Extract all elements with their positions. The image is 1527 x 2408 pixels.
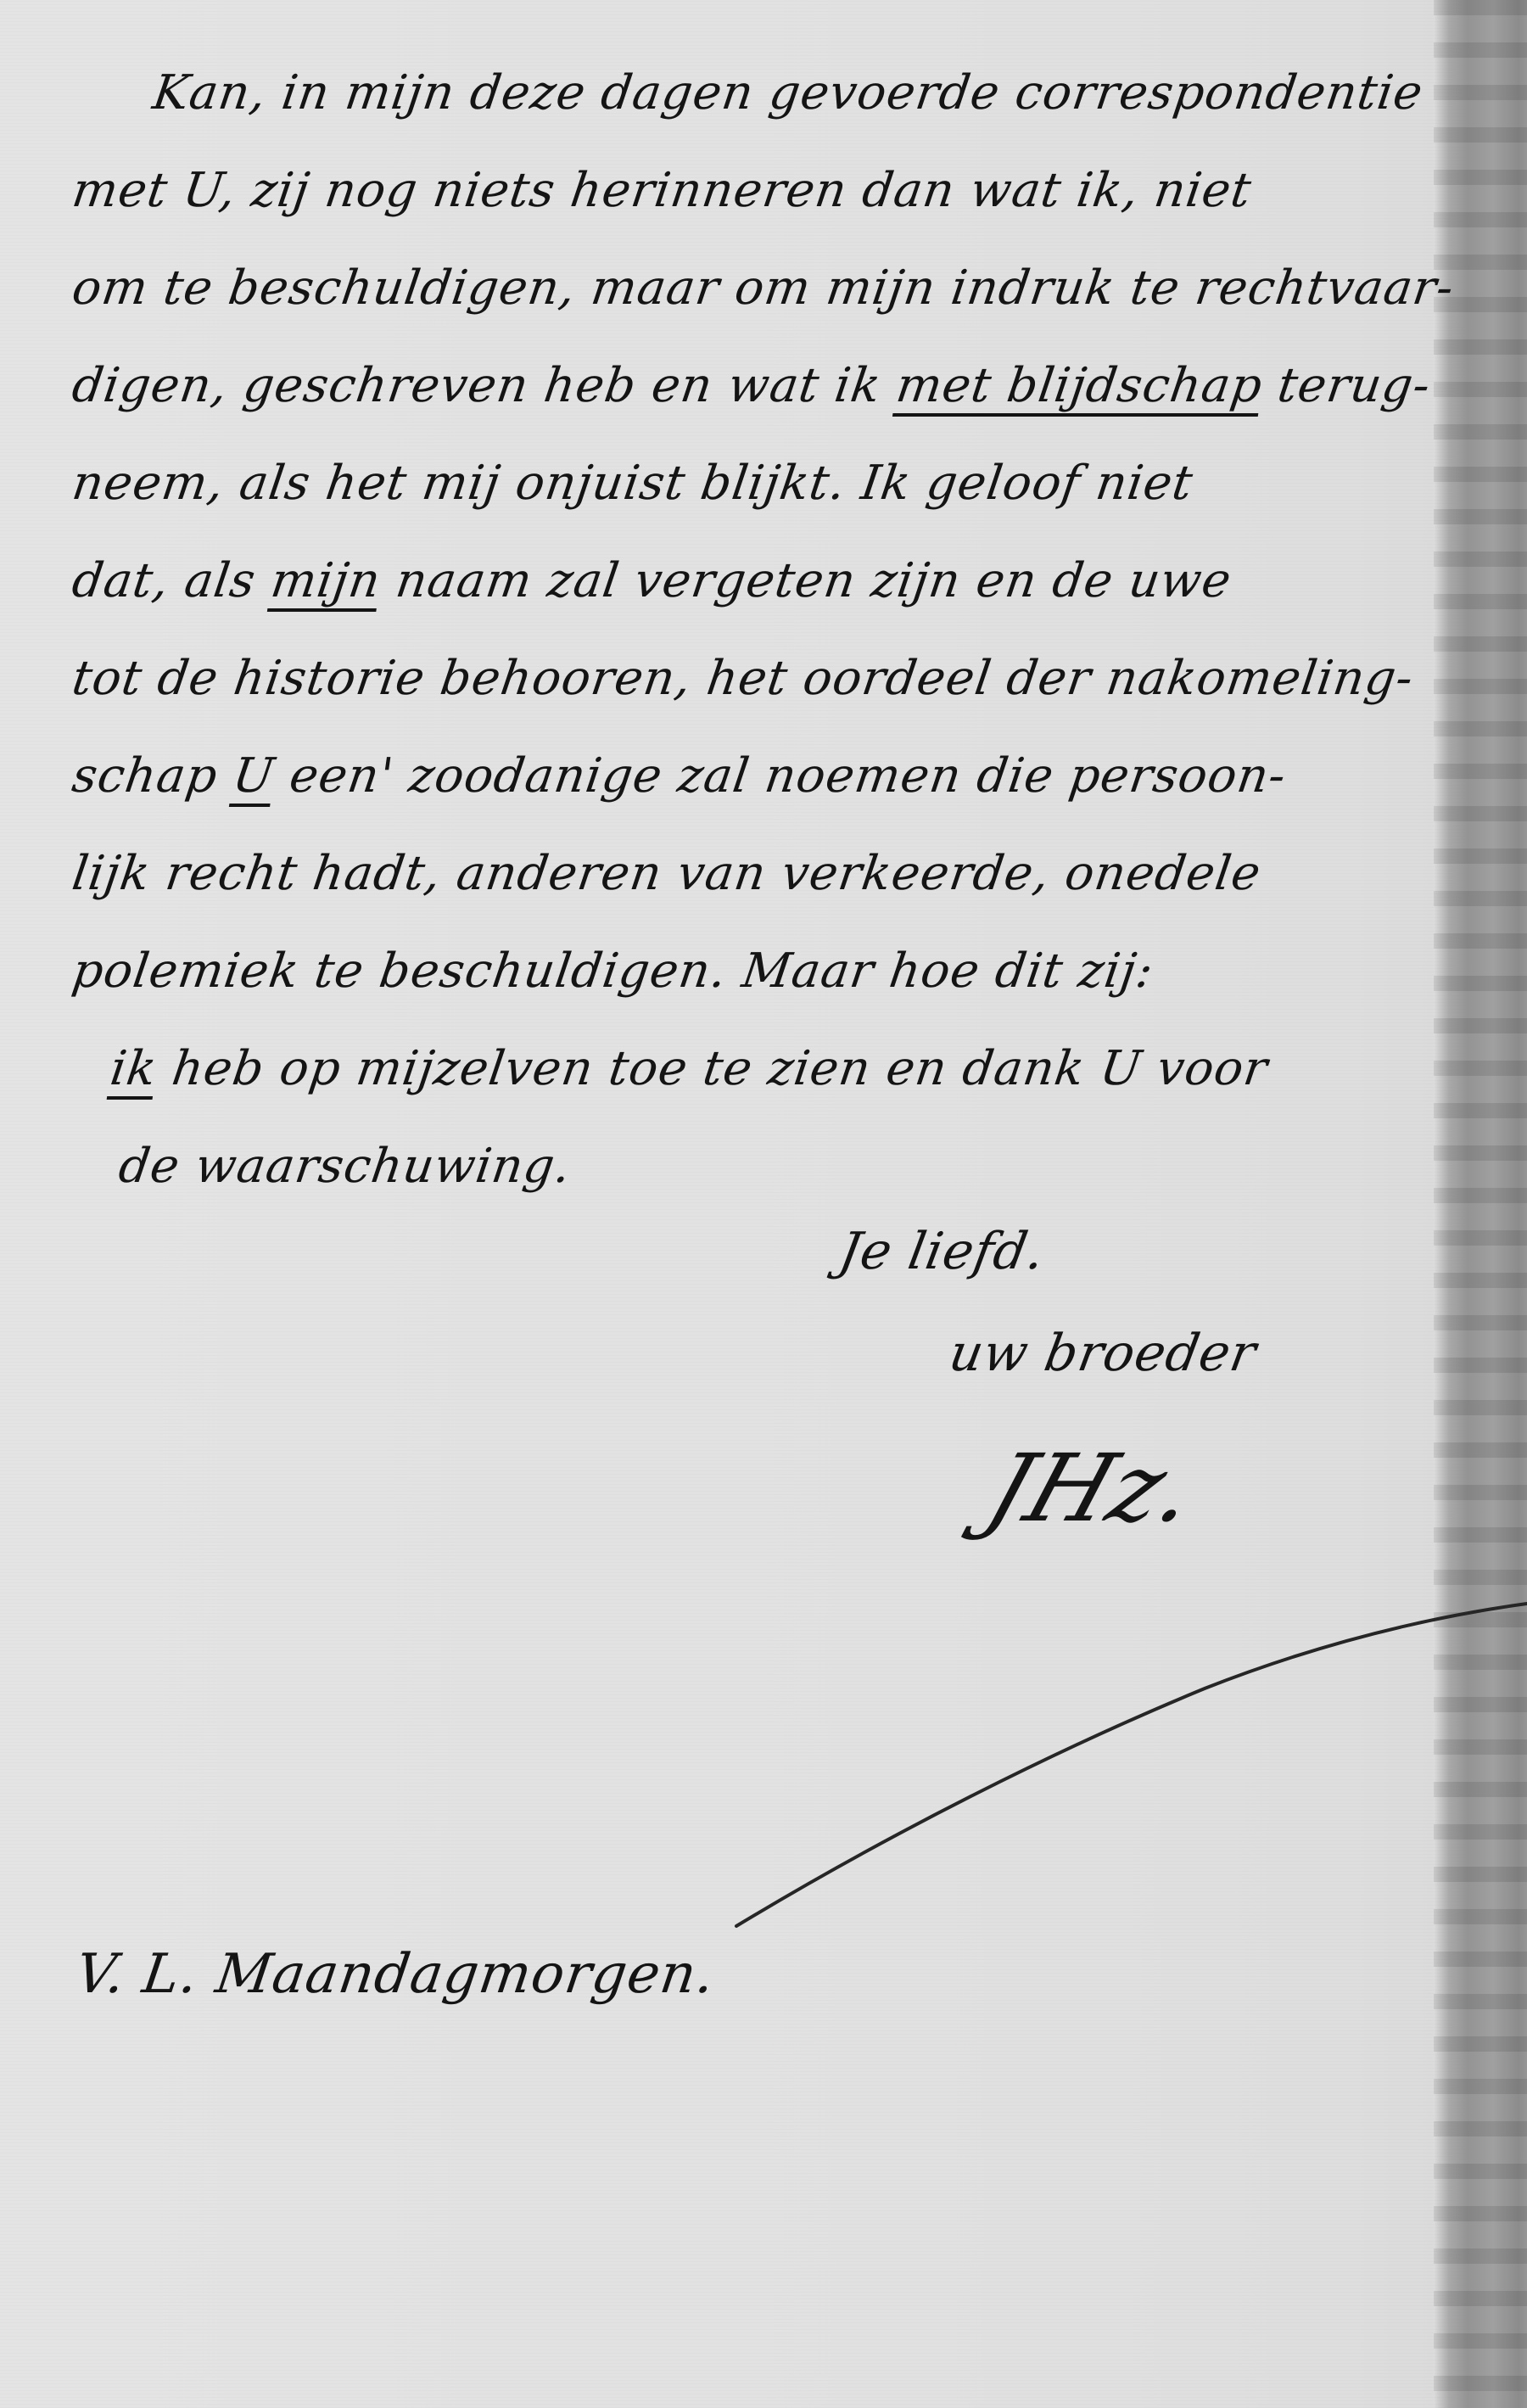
binding-edge xyxy=(1434,0,1527,2408)
line-text: tot de historie behooren, het oordeel de… xyxy=(69,651,1417,706)
underlined-text: ik xyxy=(107,1041,160,1096)
line-text: een' zoodanige zal noemen die persoon- xyxy=(271,748,1290,804)
line-text: naam zal vergeten zijn en de uwe xyxy=(377,553,1235,608)
letter-line-4: digen, geschreven heb en wat ik met blij… xyxy=(67,352,1435,428)
letter-line-7: tot de historie behooren, het oordeel de… xyxy=(67,645,1418,721)
signature: JHz. xyxy=(975,1434,1211,1543)
underlined-text: mijn xyxy=(267,553,384,608)
letter-line-5: neem, als het mij onjuist blijkt. Ik gel… xyxy=(67,450,1198,526)
closing-line-2: uw broeder xyxy=(945,1324,1261,1383)
underlined-text: met blijdschap xyxy=(892,358,1266,413)
letter-line-8: schap U een' zoodanige zal noemen die pe… xyxy=(67,742,1291,819)
letter-line-2: met U, zij nog niets herinneren dan wat … xyxy=(67,157,1256,233)
line-text: polemiek te beschuldigen. Maar hoe dit z… xyxy=(69,944,1157,999)
line-text: Kan, in mijn deze dagen gevoerde corresp… xyxy=(149,65,1426,120)
closing-line-1: Je liefd. xyxy=(835,1222,1050,1281)
line-text: digen, geschreven heb en wat ik xyxy=(69,358,900,413)
letter-line-1: Kan, in mijn deze dagen gevoerde corresp… xyxy=(148,59,1428,136)
letter-line-3: om te beschuldigen, maar om mijn indruk … xyxy=(67,255,1458,331)
letter-line-12: de waarschuwing. xyxy=(114,1133,576,1209)
line-text: lijk recht hadt, anderen van verkeerde, … xyxy=(69,846,1264,901)
line-text: heb op mijzelven toe te zien en dank U v… xyxy=(153,1041,1272,1096)
line-text: schap xyxy=(69,748,237,804)
letter-line-6: dat, als mijn naam zal vergeten zijn en … xyxy=(67,547,1236,624)
letter-line-10: polemiek te beschuldigen. Maar hoe dit z… xyxy=(67,938,1158,1014)
line-text: neem, als het mij onjuist blijkt. Ik gel… xyxy=(69,456,1196,511)
letter-line-9: lijk recht hadt, anderen van verkeerde, … xyxy=(67,840,1266,916)
footer-note: V. L. Maandagmorgen. xyxy=(72,1943,719,2006)
line-text: om te beschuldigen, maar om mijn indruk … xyxy=(69,260,1457,316)
line-text: de waarschuwing. xyxy=(115,1139,574,1194)
line-text: dat, als xyxy=(69,553,275,608)
line-text: met U, zij nog niets herinneren dan wat … xyxy=(69,163,1255,218)
line-text: terug- xyxy=(1258,358,1434,413)
letter-line-11: ik heb op mijzelven toe te zien en dank … xyxy=(105,1035,1272,1112)
